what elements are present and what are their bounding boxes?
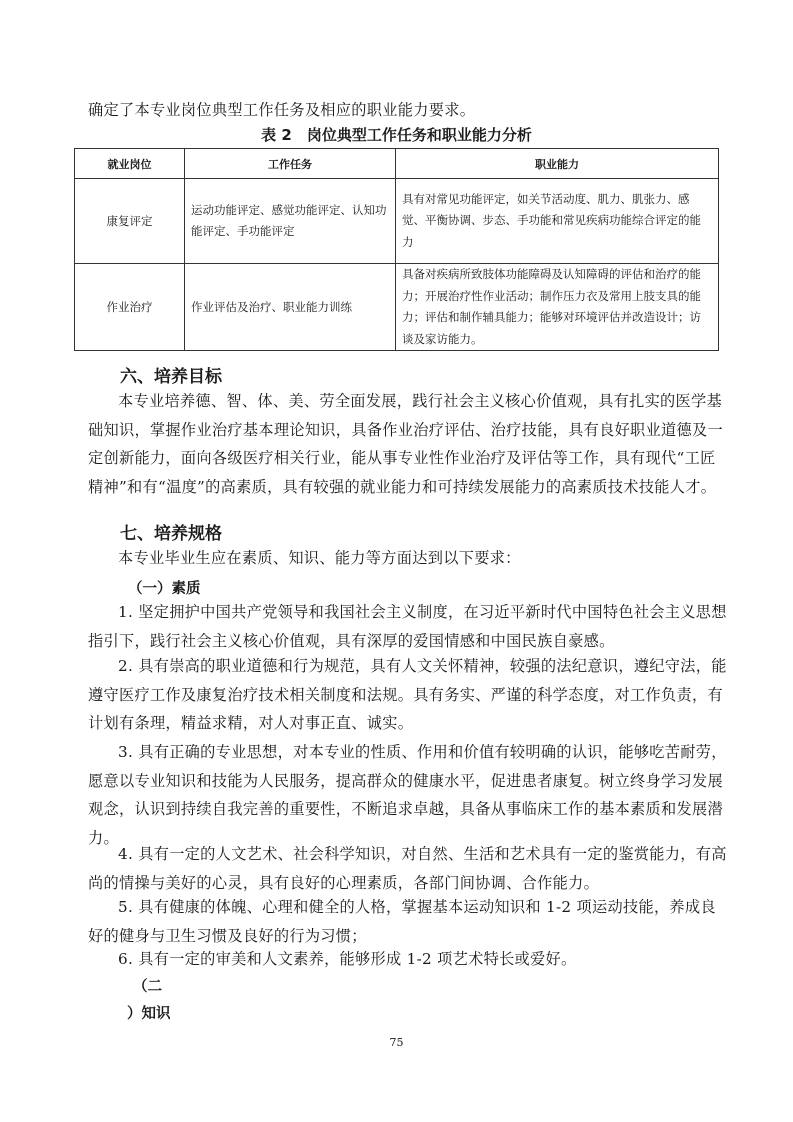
quality-item-4: 4. 具有一定的人文艺术、社会科学知识，对自然、生活和艺术具有一定的鉴赏能力，有… [88,840,728,897]
page-number: 75 [0,1036,793,1049]
header-task: 工作任务 [185,149,396,179]
quality-item-6: 6. 具有一定的审美和人文素养，能够形成 1-2 项艺术特长或爱好。 [88,945,728,974]
goals-paragraph: 本专业培养德、智、体、美、劳全面发展，践行社会主义核心价值观，具有扎实的医学基础… [88,387,728,501]
document-page: 确定了本专业岗位典型工作任务及相应的职业能力要求。 表 2 岗位典型工作任务和职… [0,0,793,1122]
table-row: 康复评定 运动功能评定、感觉功能评定、认知功能评定、手功能评定 具有对常见功能评… [75,179,719,264]
header-ability: 职业能力 [396,149,719,179]
quality-item-1: 1. 坚定拥护中国共产党领导和我国社会主义制度，在习近平新时代中国特色社会主义思… [88,598,728,655]
subsection-heading-quality: （一）素质 [128,577,201,598]
cell-post: 康复评定 [75,179,185,264]
intro-line: 确定了本专业岗位典型工作任务及相应的职业能力要求。 [88,96,728,125]
section-heading-goals: 六、培养目标 [120,362,222,387]
quality-item-3: 3. 具有正确的专业思想，对本专业的性质、作用和价值有较明确的认识，能够吃苦耐劳… [88,738,728,852]
job-task-ability-table: 就业岗位 工作任务 职业能力 康复评定 运动功能评定、感觉功能评定、认知功能评定… [74,148,719,351]
quality-item-5: 5. 具有健康的体魄、心理和健全的人格，掌握基本运动知识和 1-2 项运动技能，… [88,893,728,950]
specs-intro: 本专业毕业生应在素质、知识、能力等方面达到以下要求： [88,544,728,573]
cell-task: 作业评估及治疗、职业能力训练 [185,264,396,351]
subsection-heading-knowledge-part1: （二 [133,975,162,996]
subsection-heading-knowledge-part2: ）知识 [127,1002,171,1023]
section-heading-specs: 七、培养规格 [120,519,222,544]
cell-ability: 具有对常见功能评定，如关节活动度、肌力、肌张力、感觉、平衡协调、步态、手功能和常… [396,179,719,264]
cell-post: 作业治疗 [75,264,185,351]
table-row: 作业治疗 作业评估及治疗、职业能力训练 具备对疾病所致肢体功能障碍及认知障碍的评… [75,264,719,351]
quality-item-2: 2. 具有崇高的职业道德和行为规范，具有人文关怀精神，较强的法纪意识，遵纪守法，… [88,652,728,738]
table-caption: 表 2 岗位典型工作任务和职业能力分析 [0,124,793,145]
cell-task: 运动功能评定、感觉功能评定、认知功能评定、手功能评定 [185,179,396,264]
cell-ability: 具备对疾病所致肢体功能障碍及认知障碍的评估和治疗的能力；开展治疗性作业活动；制作… [396,264,719,351]
table-header-row: 就业岗位 工作任务 职业能力 [75,149,719,179]
header-post: 就业岗位 [75,149,185,179]
